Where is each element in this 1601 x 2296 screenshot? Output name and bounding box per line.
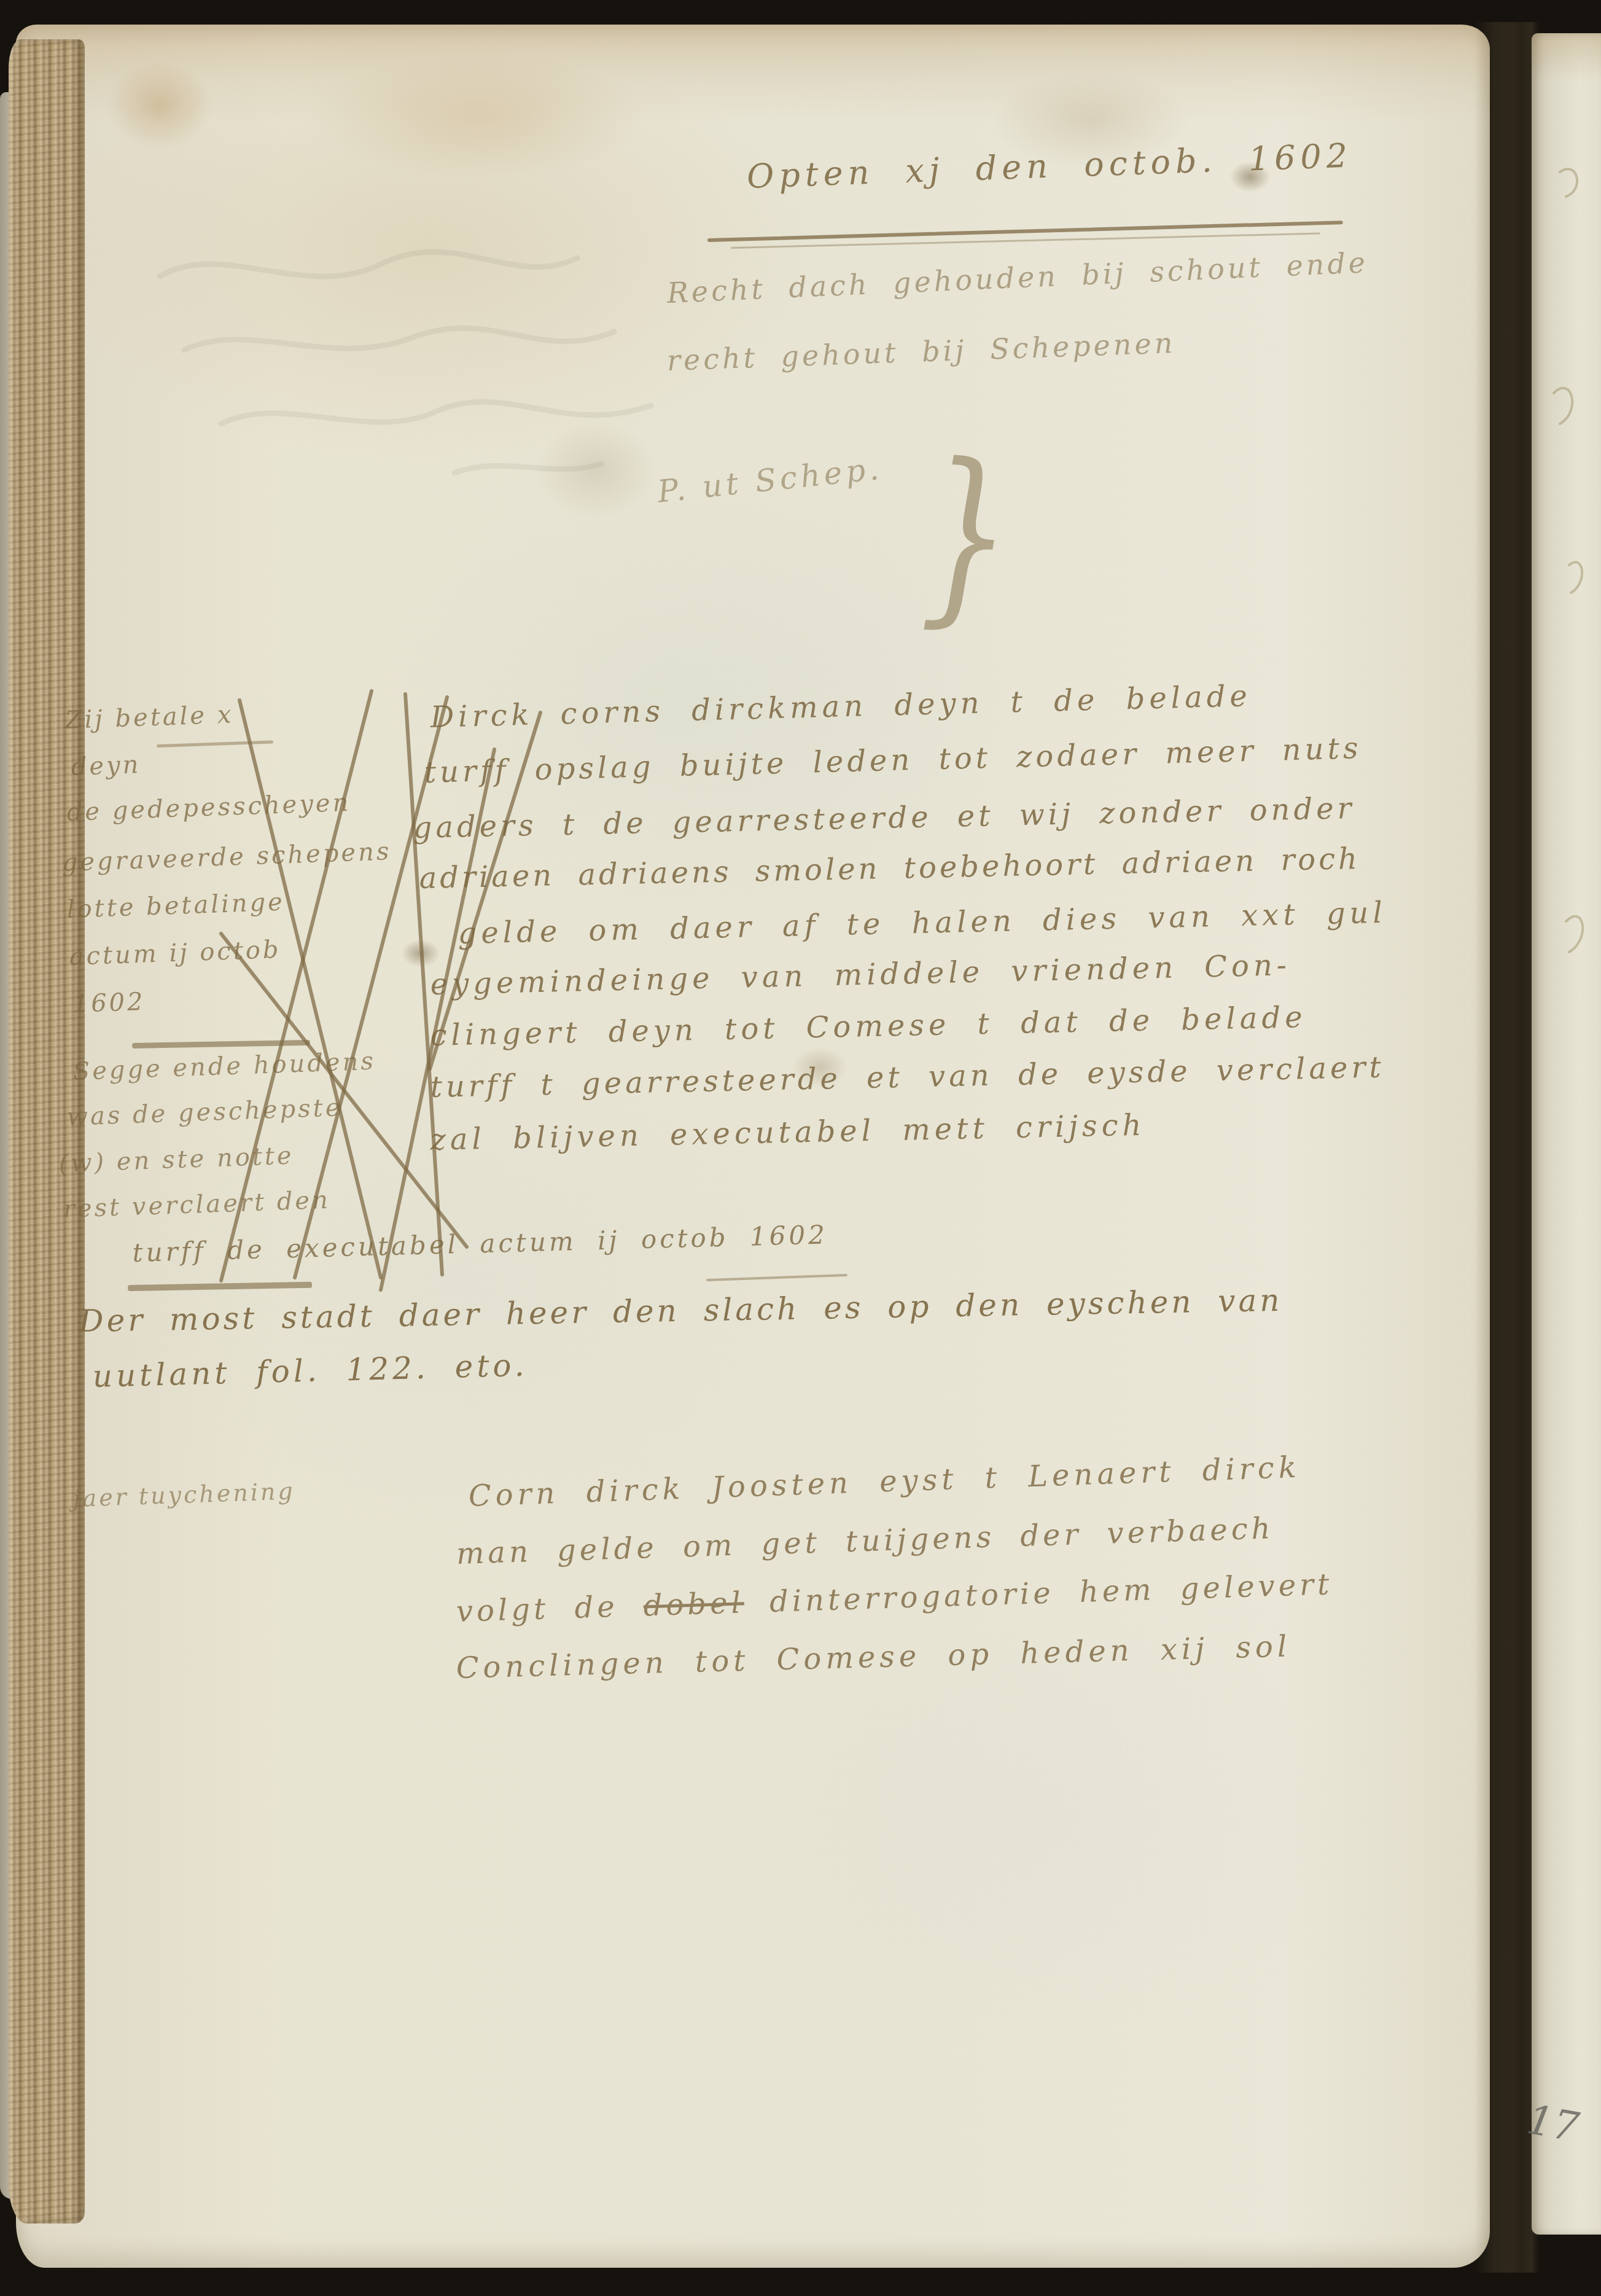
line3-pre: volgt de [456, 1590, 618, 1629]
show-through-ghost-text [147, 221, 725, 485]
facing-page-ink-traces [1535, 135, 1597, 1056]
line3-struck-word: dobel [643, 1585, 745, 1623]
folio-number-pencil: 17 [1524, 2096, 1583, 2151]
book-gutter-shadow [1475, 22, 1539, 2273]
brace-glyph: } [919, 423, 1015, 648]
stain-top-left [86, 44, 233, 167]
stain-top-center [258, 34, 700, 200]
